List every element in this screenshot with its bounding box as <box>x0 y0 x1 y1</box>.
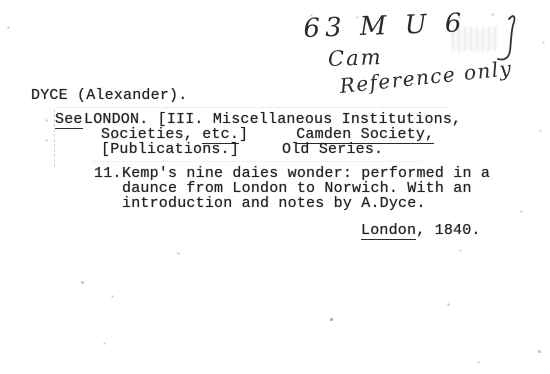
pen-flourish-stroke <box>487 11 517 65</box>
faint-rule-artifact <box>92 161 422 162</box>
author-heading: DYCE (Alexander). <box>31 88 187 104</box>
see-reference-publications: [Publications.] <box>101 141 239 158</box>
handwritten-classmark: Cam <box>328 45 383 71</box>
see-label: See <box>55 112 83 129</box>
library-catalog-card: 63 M U 6 Cam Reference only DYCE (Alexan… <box>0 0 550 374</box>
see-reference-series: Old Series. <box>282 141 383 158</box>
entry-number: 11. <box>94 166 122 182</box>
see-reference-bracket: ] <box>239 126 248 143</box>
imprint: London, 1840. <box>361 223 481 239</box>
handwritten-shelfmark: 63 M U 6 <box>303 8 467 44</box>
see-reference-line3: [Publications.]Old Series. <box>101 142 383 158</box>
faint-rule-artifact <box>58 107 450 108</box>
imprint-place: London <box>361 222 416 240</box>
entry-title-line3: introduction and notes by A.Dyce. <box>122 196 426 212</box>
scan-specks <box>0 0 1 1</box>
imprint-date: , 1840. <box>416 222 480 239</box>
